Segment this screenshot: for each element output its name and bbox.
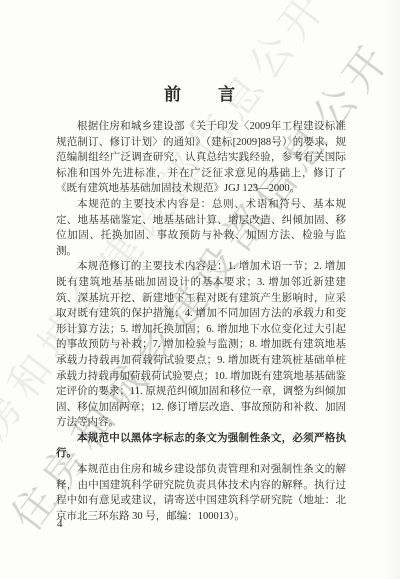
document-page: 住房和城乡建设部信息公开 住房和城乡建设部信息公开 前 言 根据住房和城乡建设部… [0,0,400,579]
foreword-paragraph-administration: 本规范由住房和城乡建设部负责管理和对强制性条文的解释，由中国建筑科学研究院负责具… [56,462,346,524]
page-number: 4 [57,518,63,530]
foreword-paragraph-basis: 根据住房和城乡建设部《关于印发〈2009年工程建设标准规范制订、修订计划〉的通知… [56,119,346,197]
foreword-title: 前 言 [0,80,400,105]
foreword-paragraph-main-contents: 本规范的主要技术内容是：总则、术语和符号、基本规定、地基基础鉴定、地基基础计算、… [56,197,346,259]
foreword-paragraph-mandatory-clauses: 本规范中以黑体字标志的条文为强制性条文，必须严格执行。 [56,431,346,462]
foreword-paragraph-revision-list: 本规范修订的主要技术内容是：1. 增加术语一节；2. 增加既有建筑地基基础加固设… [56,259,346,431]
foreword-content: 根据住房和城乡建设部《关于印发〈2009年工程建设标准规范制订、修订计划〉的通知… [56,119,346,524]
